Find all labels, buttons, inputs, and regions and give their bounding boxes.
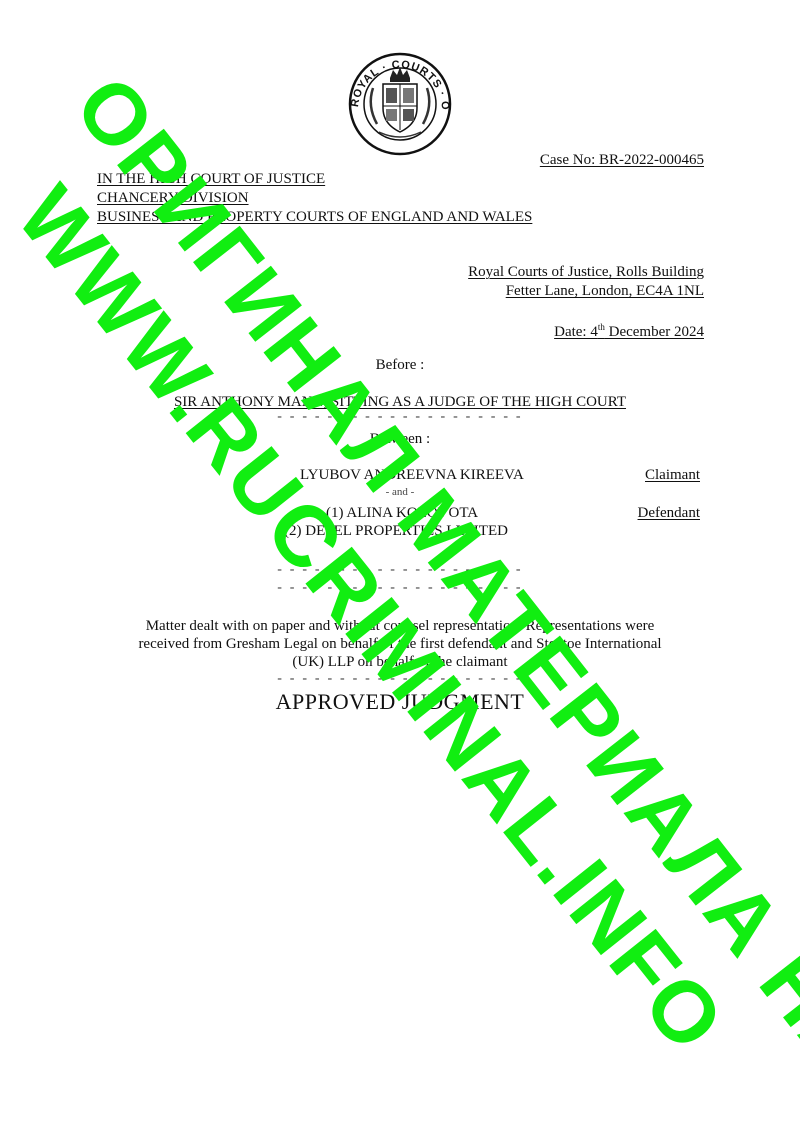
address-line-1: Royal Courts of Justice, Rolls Building (468, 263, 704, 282)
court-line-business-property: BUSINESS AND PROPERTY COURTS OF ENGLAND … (97, 208, 532, 227)
before-label: Before : (0, 356, 800, 375)
defendant-role: Defendant (638, 504, 700, 523)
judgment-page: ROYAL · COURTS · OF · JUSTICE Case No: B… (0, 0, 800, 1130)
defendant-1-name: (1) ALINA KOLOVOTA (326, 504, 478, 523)
judgment-date: Date: 4th December 2024 (554, 318, 704, 342)
representation-line-2: received from Gresham Legal on behalf of… (0, 635, 800, 654)
court-line-high-court: IN THE HIGH COURT OF JUSTICE (97, 170, 325, 189)
versus-label: - and - (0, 486, 800, 498)
judge-name: SIR ANTHONY MANN, SITTING AS A JUDGE OF … (174, 394, 626, 410)
date-suffix: December 2024 (605, 324, 704, 340)
claimant-name: LYUBOV ANDREEVNA KIREEVA (300, 466, 524, 485)
defendant-2-name: (2) DESEL PROPERTIES LIMITED (284, 522, 508, 541)
case-number: Case No: BR-2022-000465 (540, 151, 704, 170)
royal-courts-seal-icon: ROYAL · COURTS · OF · JUSTICE (343, 48, 457, 156)
representation-line-3: (UK) LLP on behalf of the claimant (0, 653, 800, 672)
between-label: Between : (0, 430, 800, 449)
address-line-2: Fetter Lane, London, EC4A 1NL (506, 282, 704, 301)
claimant-role: Claimant (645, 466, 700, 485)
separator-1: - - - - - - - - - - - - - - - - - - - - (0, 409, 800, 425)
court-line-division: CHANCERY DIVISION (97, 189, 249, 208)
separator-4: - - - - - - - - - - - - - - - - - - - - (0, 671, 800, 687)
separator-3: - - - - - - - - - - - - - - - - - - - - (0, 580, 800, 596)
representation-line-1: Matter dealt with on paper and without c… (0, 617, 800, 636)
date-prefix: Date: 4 (554, 324, 598, 340)
judgment-title: APPROVED JUDGMENT (0, 688, 800, 716)
date-ordinal: th (598, 322, 605, 332)
separator-2: - - - - - - - - - - - - - - - - - - - - (0, 562, 800, 578)
